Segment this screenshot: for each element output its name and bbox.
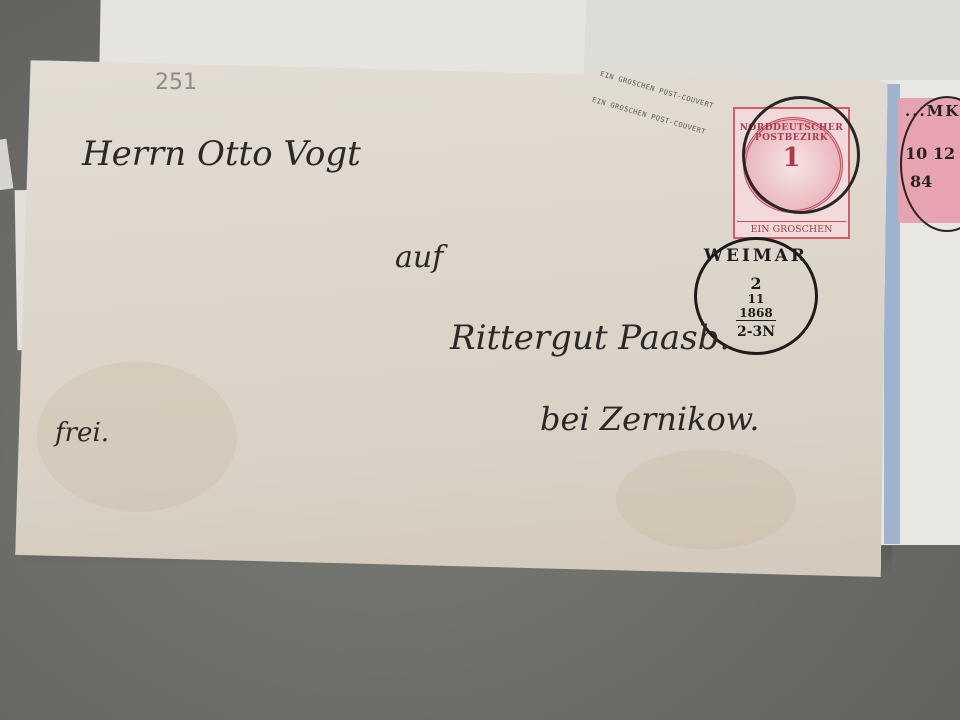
address-estate: Rittergut Paasb.: [450, 318, 730, 358]
underlying-postmark-year: 84: [910, 172, 932, 191]
postmark-month: 11: [697, 292, 815, 306]
franking-note: frei.: [55, 418, 109, 448]
stamp-value-text: EIN GROSCHEN: [737, 221, 846, 235]
postmark-city: WEIMAR: [697, 246, 815, 266]
postmark-year: 1868: [736, 306, 776, 321]
address-locality: bei Zernikow.: [540, 400, 760, 438]
address-preposition: auf: [395, 240, 443, 275]
underlying-postmark-date: 10 12: [905, 144, 955, 163]
pencil-inventory-number: 251: [155, 70, 197, 95]
stamp-cancellation-ring: [742, 96, 860, 214]
postmark-day: 2: [697, 274, 815, 293]
underlying-postmark-city: ...MKE...: [905, 102, 960, 120]
address-recipient: Herrn Otto Vogt: [82, 134, 361, 174]
paper-stain: [615, 448, 796, 551]
